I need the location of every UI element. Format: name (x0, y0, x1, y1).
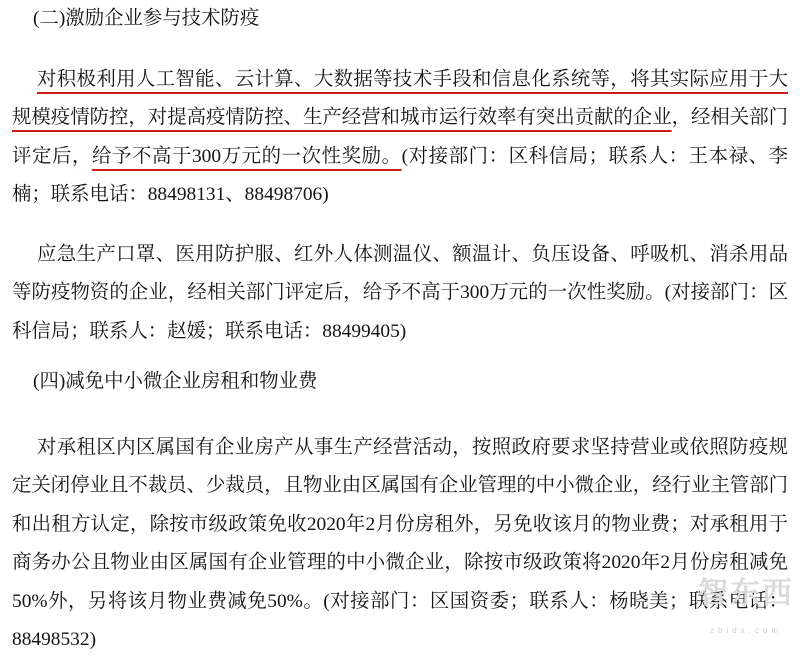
red-underlined-text: 给予不高于300万元的一次性奖励。 (92, 146, 402, 167)
document-page: (二)激励企业参与技术防疫 对积极利用人工智能、云计算、大数据等技术手段和信息化… (0, 0, 800, 656)
paragraph-rent-reduction: 对承租区内区属国有企业房产从事生产经营活动，按照政府要求坚持营业或依照防疫规定关… (12, 429, 788, 656)
section-heading-tech-epidemic: (二)激励企业参与技术防疫 (12, 0, 788, 39)
zhidx-url: zhidx.com (698, 612, 794, 651)
paragraph-tech-incentive: 对积极利用人工智能、云计算、大数据等技术手段和信息化系统等，将其实际应用于大规模… (12, 61, 788, 215)
zhidx-watermark: 智东西 zhidx.com (698, 579, 794, 651)
paragraph-supplies-incentive: 应急生产口罩、医用防护服、红外人体测温仪、额温计、负压设备、呼吸机、消杀用品等防… (12, 236, 788, 352)
section-heading-rent-reduction: (四)减免中小微企业房租和物业费 (12, 363, 788, 402)
zhidx-logo: 智东西 (698, 579, 794, 609)
